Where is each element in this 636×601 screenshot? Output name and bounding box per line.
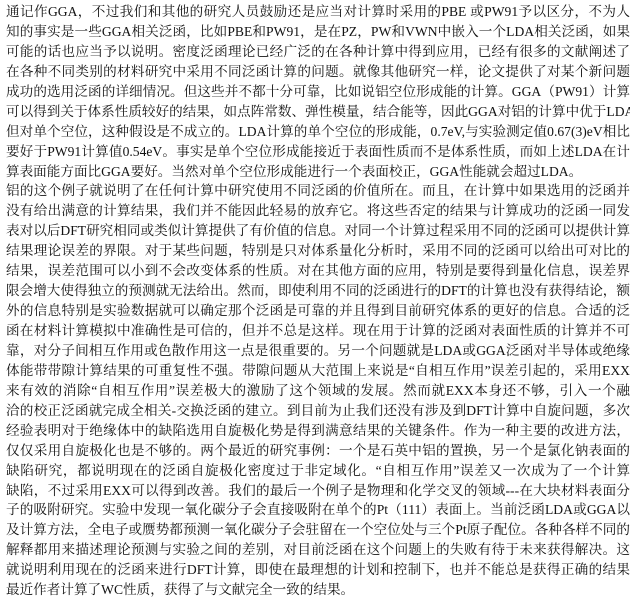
text-line: 来有效的消除“自相互作用”误差极大的激励了这个领域的发展。然而就EXX本身还不够… [6,381,630,401]
text-line: 算表面能方面比GGA要好。当然对单个空位形成能进行一个表面校正，GGA性能就会超… [6,162,630,182]
text-line: 缺陷研究，都说明现在的泛函自旋极化密度过于非定域化。“自相互作用”误差又一次成为… [6,461,630,481]
text-line: 铝的这个例子就说明了在任何计算中研究使用不同泛函的价值所在。而且，在计算中如果选… [6,181,630,201]
text-line: 可以得到关于体系性质较好的结果，如点阵常数、弹性模量，结合能等，因此GGA对铝的… [6,102,630,122]
text-line: 靠，对分子间相互作用或色散作用这一点是很重要的。另一个问题就是LDA或GGA泛函… [6,341,630,361]
document-text-block: 通记作GGA，不过我们和其他的研究人员鼓励还是应当对计算时采用的PBE 或PW9… [6,2,630,600]
text-line: 最近作者计算了WC性质，获得了与文献完全一致的结果。 [6,580,630,600]
text-line: 在各种不同类别的材料研究中采用不同泛函计算的问题。就像其他研究一样，论文提供了对… [6,62,630,82]
text-line: 经验表明对于绝缘体中的缺陷选用自旋极化势是得到满意结果的关键条件。作为一种主要的… [6,421,630,441]
text-line: 解释都用来描述理论预测与实验之间的差别，对目前泛函在这个问题上的失败有待于未来获… [6,540,630,560]
text-line: 外的信息特别是实验数据就可以确定那个泛函是可靠的并且得到目前研究体系的更好的信息… [6,301,630,321]
text-line: 知的事实是一些GGA相关泛函，比如PBE和PW91，是在PZ，PW和VWN中嵌入… [6,22,630,42]
text-line: 及计算方法，全电子或赝势都预测一氧化碳分子会驻留在一个空位处与三个Pt原子配位。… [6,520,630,540]
text-line: 体能带带隙计算结果的可重复性不强。带隙问题从大范围上来说是“自相互作用”误差引起… [6,361,630,381]
text-line: 就说明利用现在的泛函来进行DFT计算，即使在最理想的计划和控制下，也并不能总是获… [6,560,630,580]
text-line: 洽的校正泛函就完成全相关-交换泛函的建立。到目前为止我们还没有涉及到DFT计算中… [6,401,630,421]
text-line: 函在材料计算模拟中准确性是可信的，但并不总是这样。现在用于计算的泛函对表面性质的… [6,321,630,341]
text-line: 没有给出满意的计算结果，我们并不能因此轻易的放弃它。将这些否定的结果与计算成功的… [6,201,630,221]
text-line: 成功的选用泛函的详细情况。但这些并不都十分可靠，比如说铝空位形成能的计算。GGA… [6,82,630,102]
text-line: 表对以后DFT研究相同或类似计算提供了有价值的信息。对同一个计算过程采用不同的泛… [6,221,630,241]
text-line: 可能的话也应当予以说明。密度泛函理论已经广泛的在各种计算中得到应用，已经有很多的… [6,42,630,62]
text-line: 缺陷，不过采用EXX可以得到改善。我们的最后一个例子是物理和化学交叉的领域---… [6,481,630,501]
document-page: 通记作GGA，不过我们和其他的研究人员鼓励还是应当对计算时采用的PBE 或PW9… [0,0,636,601]
text-line: 要好于PW91计算值0.54eV。事实是单个空位形成能接近于表面性质而不是体系性… [6,142,630,162]
text-line: 子的吸附研究。实验中发现一氧化碳分子会直接吸附在单个的Pt（111）表面上。当前… [6,500,630,520]
text-line: 限会增大使得独立的预测就无法给出。然而，即使利用不同的泛函进行的DFT的计算也没… [6,281,630,301]
text-line: 结果，误差范围可以小到不会改变体系的性质。对在其他方面的应用，特别是要得到量化信… [6,261,630,281]
text-line: 但对单个空位，这种假设是不成立的。LDA计算的单个空位的形成能，0.7eV,与实… [6,122,630,142]
text-line: 仅仅采用自旋极化也是不够的。两个最近的研究事例：一个是石英中铝的置换，另一个是氯… [6,441,630,461]
text-line: 结果理论误差的界限。对于某些问题，特别是只对体系量化分析时，采用不同的泛函可以给… [6,241,630,261]
text-line: 通记作GGA，不过我们和其他的研究人员鼓励还是应当对计算时采用的PBE 或PW9… [6,2,630,22]
